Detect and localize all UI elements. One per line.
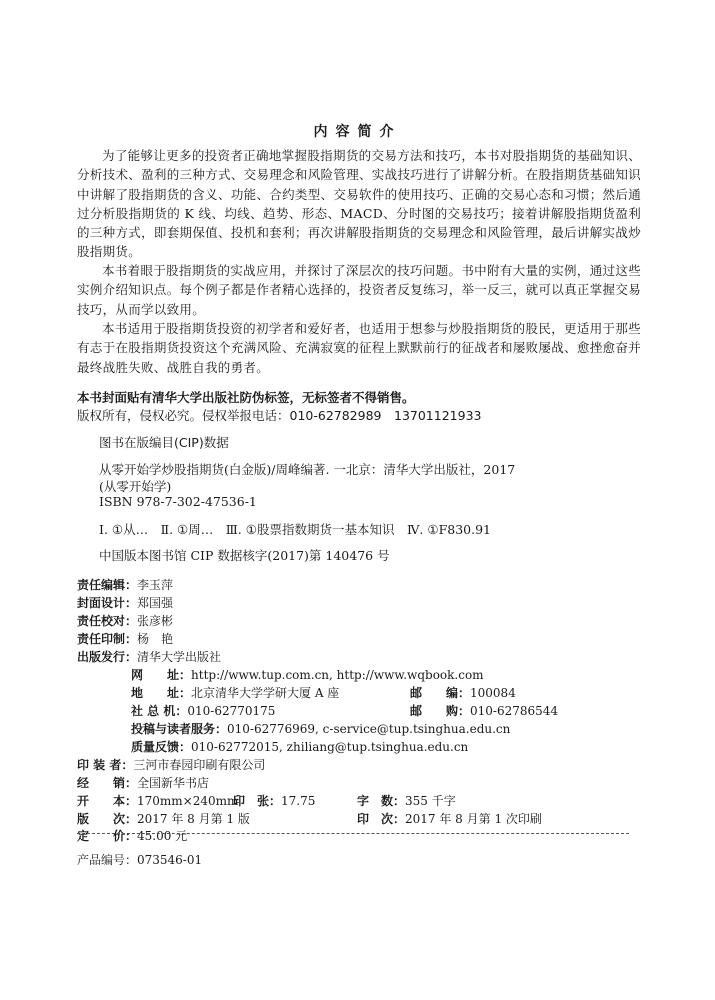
publisher-quality-feedback: 质量反馈：010-62772015, zhiliang@tup.tsinghua… [131, 736, 468, 755]
distributor: 经 销：全国新华书店 [77, 772, 209, 791]
summary-paragraph-1: 为了能够让更多的投资者正确地掌握股指期货的交易方法和技巧，本书对股指期货的基础知… [77, 146, 641, 262]
cip-series-line: (从零开始学) [99, 477, 171, 495]
cip-title-line: 从零开始学炒股指期货(白金版)/周峰编著. 一北京：清华大学出版社，2017 [99, 460, 515, 478]
credit-editor: 责任编辑：李玉萍 [77, 574, 173, 593]
summary-title: 内容简介 [0, 121, 715, 141]
cip-isbn: ISBN 978-7-302-47536-1 [99, 494, 257, 509]
publisher-website: 网 址：http://www.tup.com.cn, http://www.wq… [131, 664, 484, 683]
printing: 印 次：2017 年 8 月第 1 次印刷 [357, 808, 542, 827]
product-code: 产品编号：073546-01 [77, 851, 202, 868]
print-sheets: 印 张：17.75 [233, 790, 315, 809]
cip-heading: 图书在版编目(CIP)数据 [99, 433, 229, 451]
cip-record-number: 中国版本图书馆 CIP 数据核字(2017)第 140476 号 [99, 546, 390, 564]
credit-print-supervisor: 责任印制：杨 艳 [77, 628, 173, 647]
dashed-divider [77, 833, 629, 834]
price: 定 价：45.00 元 [77, 825, 187, 844]
summary-paragraph-3: 本书适用于股指期货投资的初学者和爱好者，也适用于想参与炒股指期货的股民，更适用于… [77, 319, 641, 377]
copyright-notice: 版权所有，侵权必究。侵权举报电话：010-62782989 1370112193… [77, 406, 481, 424]
credit-cover-design: 封面设计：郑国强 [77, 592, 173, 611]
publisher-address: 地 址：北京清华大学学研大厦 A 座 [131, 682, 339, 701]
summary-paragraph-2: 本书着眼于股指期货的实战应用，并探讨了深层次的技巧问题。书中附有大量的实例，通过… [77, 261, 641, 319]
book-format: 开 本：170mm×240mm [77, 790, 238, 809]
credit-proofreader: 责任校对：张彦彬 [77, 610, 173, 629]
credit-publisher: 出版发行：清华大学出版社 [77, 646, 221, 665]
printer: 印 装 者：三河市春园印刷有限公司 [77, 754, 265, 773]
cip-classification: Ⅰ. ①从… Ⅱ. ①周… Ⅲ. ①股票指数期货一基本知识 Ⅳ. ①F830.9… [99, 520, 491, 538]
word-count: 字 数：355 千字 [357, 790, 456, 809]
anti-counterfeit-notice: 本书封面贴有清华大学出版社防伪标签，无标签者不得销售。 [77, 388, 415, 406]
publisher-switchboard: 社 总 机：010-62770175 [131, 700, 275, 719]
publisher-zipcode: 邮 编：100084 [410, 682, 516, 701]
publisher-reader-service: 投稿与读者服务：010-62776969, c-service@tup.tsin… [131, 718, 510, 737]
publisher-mail-order: 邮 购：010-62786544 [410, 700, 558, 719]
